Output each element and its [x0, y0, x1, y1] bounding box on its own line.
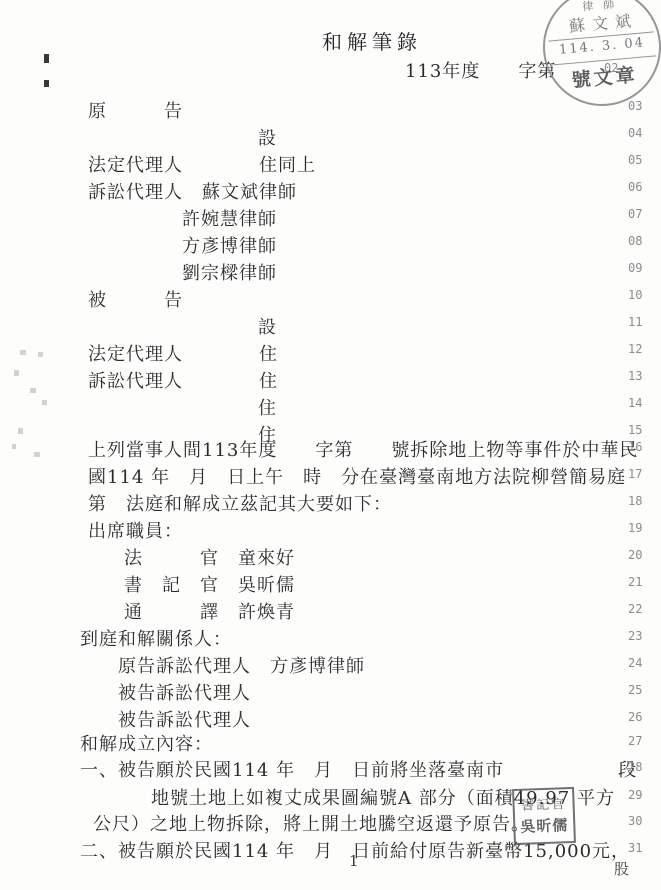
document-line-interpreter: 通 譯 許煥青 [124, 598, 295, 624]
bleed-through-mark [12, 444, 16, 449]
line-number: 23 [628, 629, 658, 643]
document-line: 法定代理人 住 [88, 340, 278, 366]
document-line: 法定代理人 住同上 [88, 151, 316, 177]
line-number: 21 [628, 575, 658, 589]
line-number: 05 [628, 153, 658, 167]
bleed-through-mark [30, 388, 36, 393]
line-number: 25 [628, 683, 658, 697]
document-line: 國114 年 月 日上午 時 分在臺灣臺南地方法院柳營簡易庭 [88, 463, 626, 489]
page-title: 和解筆錄 [322, 26, 422, 55]
line-number: 28 [628, 760, 658, 774]
bleed-through-mark [42, 400, 47, 405]
document-line-case-number: 113年度 字第 [405, 57, 556, 83]
document-line: 和解成立內容： [80, 730, 213, 756]
document-line-judge: 法 官 童來好 [124, 544, 295, 570]
line-number: 06 [628, 180, 658, 194]
line-number: 17 [628, 467, 658, 481]
line-number: 15 [628, 423, 658, 437]
line-number: 30 [628, 814, 658, 828]
line-number: 16 [628, 440, 658, 454]
stamp-clerk-name: 吳昕儒 [515, 814, 574, 837]
document-line: 許婉慧律師 [182, 205, 277, 231]
document-line: 設 [258, 313, 277, 339]
section-label: 股 [614, 858, 629, 879]
line-number: 04 [628, 126, 658, 140]
document-line: 上列當事人間113年度 字第 號拆除地上物等事件於中華民 [88, 436, 638, 462]
line-number: 20 [628, 548, 658, 562]
document-line: 到庭和解關係人： [80, 625, 232, 651]
line-number: 11 [628, 315, 658, 329]
document-line: 出席職員： [88, 517, 183, 543]
line-number: 18 [628, 494, 658, 508]
scan-speck [44, 80, 49, 87]
document-line-defendant: 被 告 [88, 286, 183, 312]
line-number: 12 [628, 342, 658, 356]
line-number: 07 [628, 207, 658, 221]
lawyer-receipt-stamp: 律師 蘇文斌 114. 3. 04 號文章 [538, 0, 661, 111]
page-number: 1 [349, 852, 359, 870]
stamp-clerk-title: 書記官 [514, 793, 573, 814]
line-number: 31 [628, 841, 658, 855]
document-line: 被告訴訟代理人 [118, 679, 251, 705]
document-line: 被告訴訟代理人 [118, 706, 251, 732]
line-number: 10 [628, 288, 658, 302]
line-number: 08 [628, 234, 658, 248]
line-number: 27 [628, 734, 658, 748]
document-line: 原告訴訟代理人 方彥博律師 [118, 652, 365, 678]
document-line: 訴訟代理人 蘇文斌律師 [88, 178, 297, 204]
document-line: 第 法庭和解成立茲記其大要如下： [88, 490, 392, 516]
line-number: 13 [628, 369, 658, 383]
document-line-clerk: 書 記 官 吳昕儒 [124, 571, 295, 597]
bleed-through-mark [20, 350, 26, 355]
document-line: 公尺）之地上物拆除，將上開土地騰空返還予原告。 [93, 810, 530, 836]
line-number: 26 [628, 710, 658, 724]
line-number: 24 [628, 656, 658, 670]
bleed-through-mark [34, 452, 40, 457]
bleed-through-mark [14, 370, 19, 376]
line-number: 03 [628, 99, 658, 113]
line-number: 14 [628, 396, 658, 410]
document-line: 劉宗樑律師 [182, 259, 277, 285]
line-number: 09 [628, 261, 658, 275]
document-line: 訴訟代理人 住 [88, 367, 278, 393]
scan-speck [44, 54, 49, 63]
clerk-name-stamp: 書記官 吳昕儒 [512, 787, 576, 845]
line-number: 22 [628, 602, 658, 616]
document-line: 設 [258, 124, 277, 150]
bleed-through-mark [18, 428, 23, 434]
document-line: 方彥博律師 [182, 232, 277, 258]
stamp-date: 114. 3. 04 [545, 34, 660, 59]
document-line-item-1: 一、被告願於民國114 年 月 日前將坐落臺南市 段 [80, 756, 637, 782]
scanned-settlement-record-page: 和解筆錄 113年度 字第 原 告 設 法定代理人 住同上 訴訟代理人 蘇文斌律… [0, 0, 661, 890]
line-number: 29 [628, 788, 658, 802]
line-number: 19 [628, 521, 658, 535]
document-line-plaintiff: 原 告 [88, 97, 183, 123]
document-line: 住 [258, 394, 277, 420]
bleed-through-mark [38, 352, 43, 357]
